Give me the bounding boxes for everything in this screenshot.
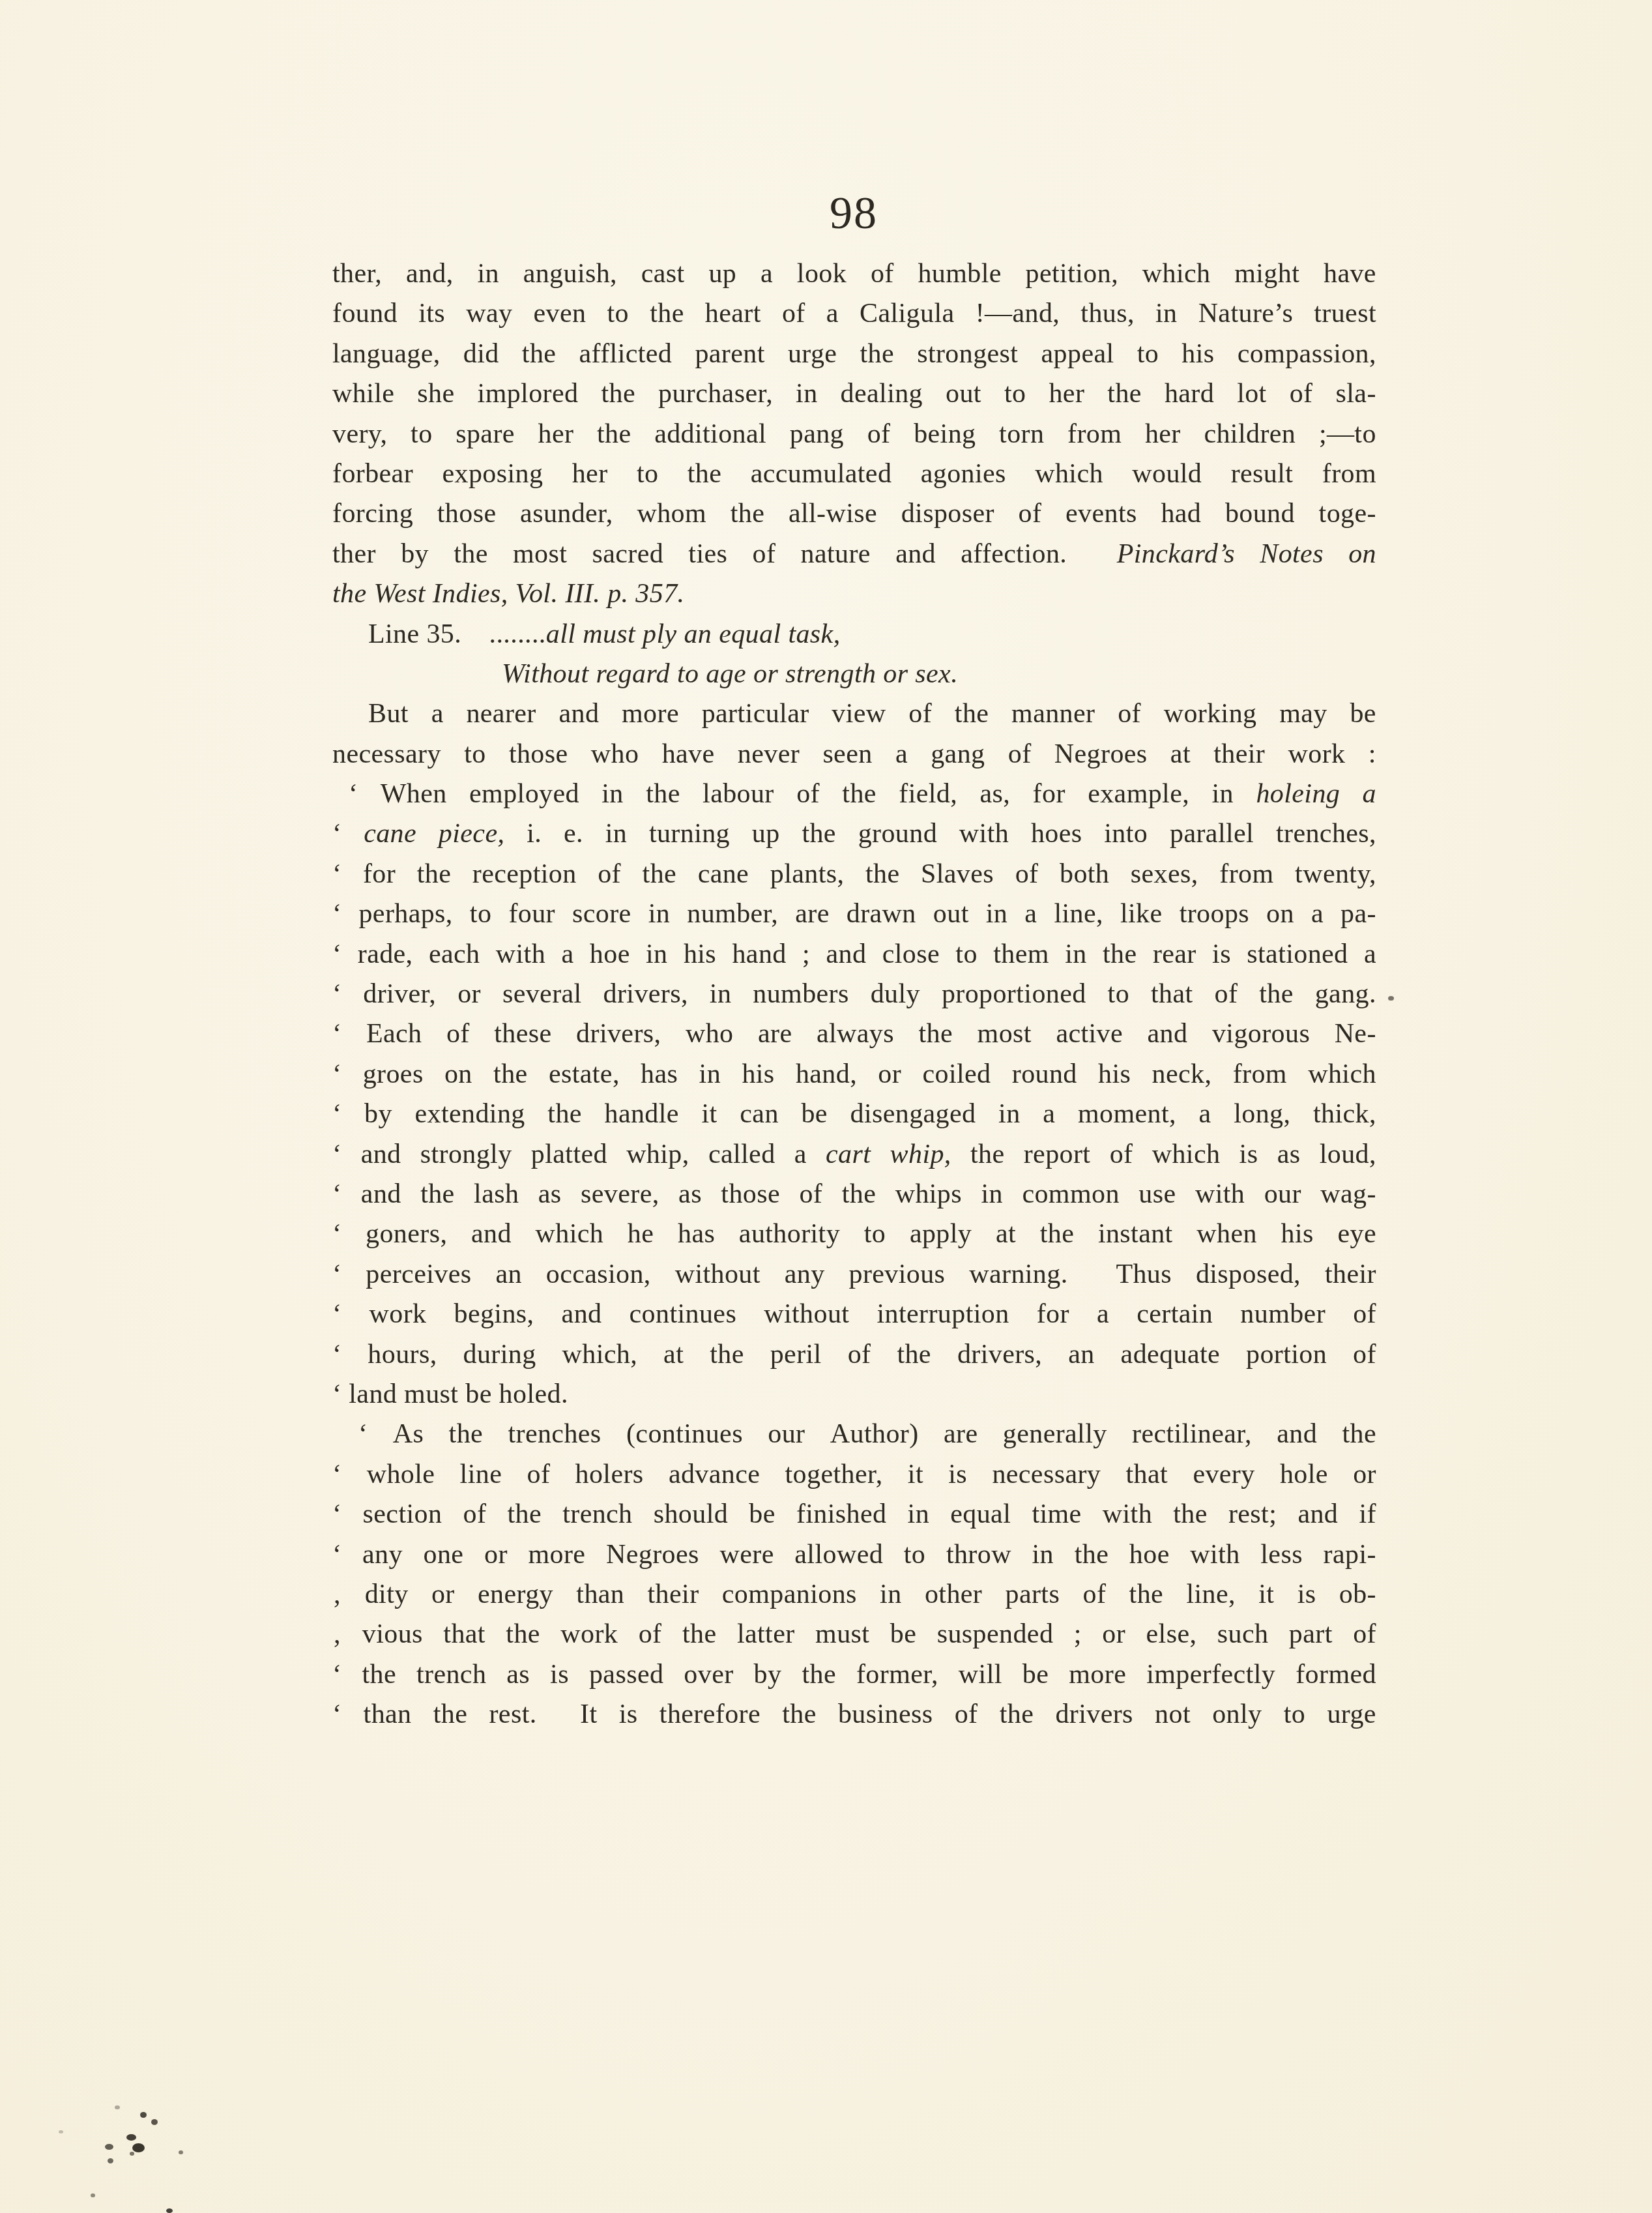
ink-speck — [105, 2144, 113, 2150]
body-text-block: ther,and,inanguish,castupalookofhumblepe… — [332, 254, 1376, 1735]
text-line-8: therbythemostsacredtiesofnatureandaffect… — [332, 535, 1376, 574]
text-line-29: ‘ land must be holed. — [332, 1375, 1376, 1414]
page-number: 98 — [332, 188, 1375, 240]
text-line-11: Without regard to age or strength or sex… — [332, 654, 1376, 694]
text-line-3: language,didtheafflictedparenturgethestr… — [332, 334, 1376, 374]
ink-speck — [179, 2150, 183, 2154]
text-line-30: ‘Asthetrenches(continuesourAuthor)aregen… — [332, 1414, 1376, 1454]
ink-speck — [59, 2130, 63, 2133]
ink-speck — [91, 2193, 95, 2197]
text-line-1: ther,and,inanguish,castupalookofhumblepe… — [332, 254, 1376, 294]
text-line-18: ‘rade,eachwithahoeinhishand;andclosetoth… — [332, 935, 1376, 975]
ink-speck — [126, 2134, 136, 2141]
text-line-37: ‘thantherest.Itisthereforethebusinessoft… — [332, 1695, 1376, 1735]
text-line-2: founditswayeventotheheartofaCaligula!—an… — [332, 294, 1376, 334]
ink-speck — [132, 2143, 145, 2152]
text-line-4: whilesheimploredthepurchaser,indealingou… — [332, 374, 1376, 414]
text-line-7: forcingthoseasunder,whomtheall-wisedispo… — [332, 494, 1376, 534]
text-line-14: ‘Whenemployedinthelabourofthefield,as,fo… — [332, 774, 1376, 814]
text-line-9: the West Indies, Vol. III. p. 357. — [332, 574, 1376, 614]
text-line-34: ‚dityorenergythantheircompanionsinotherp… — [332, 1575, 1376, 1615]
ink-speck — [166, 2208, 173, 2213]
text-line-6: forbearexposinghertotheaccumulatedagonie… — [332, 454, 1376, 494]
text-line-36: ‘thetrenchasispassedoverbytheformer,will… — [332, 1655, 1376, 1695]
text-line-22: ‘byextendingthehandleitcanbedisengagedin… — [332, 1094, 1376, 1134]
text-line-15: ‘canepiece,i.e.inturningupthegroundwithh… — [332, 814, 1376, 854]
text-line-24: ‘andthelashassevere,asthoseofthewhipsinc… — [332, 1175, 1376, 1214]
text-line-28: ‘hours,duringwhich,attheperilofthedriver… — [332, 1335, 1376, 1375]
book-page: 98 ther,and,inanguish,castupalookofhumbl… — [0, 0, 1652, 2213]
text-line-23: ‘andstronglyplattedwhip,calledacartwhip,… — [332, 1135, 1376, 1175]
ink-speck — [140, 2112, 147, 2118]
ink-speck — [1388, 996, 1394, 1001]
text-line-13: necessarytothosewhohaveneverseenagangofN… — [332, 735, 1376, 774]
text-line-25: ‘goners,andwhichhehasauthoritytoapplyatt… — [332, 1214, 1376, 1254]
text-line-20: ‘Eachofthesedrivers,whoarealwaysthemosta… — [332, 1014, 1376, 1054]
text-line-35: ‚viousthattheworkofthelattermustbesuspen… — [332, 1615, 1376, 1654]
ink-speck — [108, 2158, 113, 2163]
text-line-26: ‘perceivesanoccasion,withoutanypreviousw… — [332, 1255, 1376, 1295]
ink-speck — [115, 2105, 120, 2109]
text-line-12: Butanearerandmoreparticularviewofthemann… — [332, 694, 1376, 734]
text-line-21: ‘groesontheestate,hasinhishand,orcoiledr… — [332, 1055, 1376, 1094]
text-line-17: ‘perhaps,tofourscoreinnumber,aredrawnout… — [332, 894, 1376, 934]
text-line-32: ‘sectionofthetrenchshouldbefinishedinequ… — [332, 1495, 1376, 1534]
ink-speck — [130, 2152, 134, 2156]
text-line-5: very,tosparehertheadditionalpangofbeingt… — [332, 415, 1376, 454]
text-line-27: ‘workbegins,andcontinueswithoutinterrupt… — [332, 1295, 1376, 1334]
text-line-33: ‘anyoneormoreNegroeswereallowedtothrowin… — [332, 1535, 1376, 1575]
text-line-31: ‘wholelineofholersadvancetogether,itisne… — [332, 1455, 1376, 1495]
text-line-16: ‘forthereceptionofthecaneplants,theSlave… — [332, 855, 1376, 894]
text-line-19: ‘driver,orseveraldrivers,innumbersdulypr… — [332, 975, 1376, 1014]
ink-speck — [151, 2119, 158, 2125]
text-line-10: Line 35. ........all must ply an equal t… — [332, 615, 1376, 654]
